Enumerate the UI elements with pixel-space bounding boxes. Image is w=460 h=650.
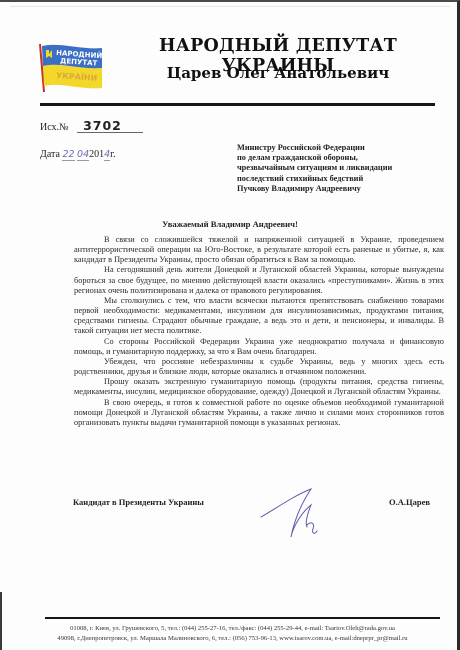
body-paragraph: В свою очередь, я готов к совместной раб… bbox=[74, 398, 444, 428]
reference-number: 3702 bbox=[77, 119, 143, 133]
body-paragraph: В связи со сложившейся тяжелой и напряже… bbox=[74, 235, 444, 265]
salutation: Уважаемый Владимир Андреевич! bbox=[60, 219, 400, 229]
date-label: Дата bbox=[40, 149, 60, 160]
scan-edge-left bbox=[0, 592, 2, 650]
reference-label: Исх.№ bbox=[40, 122, 69, 133]
letter-page: НАРОДНИЙ ДЕПУТАТ УКРАЇНИ НАРОДНЫЙ ДЕПУТА… bbox=[0, 0, 460, 650]
footer-line-kyiv: 01008, г. Киев, ул. Грушевского, 5, тел.… bbox=[20, 624, 445, 634]
letterhead-name: Царев Олег Анатольевич bbox=[118, 64, 438, 82]
date-suffix: г. bbox=[110, 149, 115, 160]
handwritten-signature-icon bbox=[255, 487, 335, 547]
addressee-line: по делам гражданской обороны, bbox=[237, 153, 437, 163]
body-paragraph: Убежден, что россияне небезразличны к су… bbox=[74, 357, 444, 377]
date-year-prefix: 201 bbox=[89, 149, 104, 160]
footer-divider bbox=[45, 617, 440, 619]
letter-body: В связи со сложившейся тяжелой и напряже… bbox=[74, 235, 444, 428]
body-paragraph: Мы столкнулись с тем, что власти всяческ… bbox=[74, 296, 444, 337]
header-divider bbox=[40, 103, 435, 106]
signer-name: О.А.Царев bbox=[389, 497, 430, 507]
addressee-line: чрезвычайным ситуациям и ликвидации bbox=[237, 163, 437, 173]
addressee-line: последствий стихийных бедствий bbox=[237, 174, 437, 184]
ukrainian-flag-deputy-badge-icon: НАРОДНИЙ ДЕПУТАТ УКРАЇНИ bbox=[36, 42, 106, 94]
scan-edge bbox=[10, 6, 450, 7]
body-paragraph: Со стороны Российской Федерации Украина … bbox=[74, 337, 444, 357]
reference-number-field: Исх.№ 3702 bbox=[40, 119, 143, 133]
footer-contacts: 01008, г. Киев, ул. Грушевского, 5, тел.… bbox=[20, 624, 445, 644]
footer-line-dnipro: 49098, г.Днепропетровск, ул. Маршала Мал… bbox=[20, 634, 445, 644]
addressee-block: Министру Российской Федерации по делам г… bbox=[237, 143, 437, 194]
body-paragraph: На сегодняшний день жители Донецкой и Лу… bbox=[74, 265, 444, 295]
addressee-line: Министру Российской Федерации bbox=[237, 143, 437, 153]
body-paragraph: Прошу оказать экстренную гуманитарную по… bbox=[74, 377, 444, 397]
addressee-line: Пучкову Владимиру Андреевичу bbox=[237, 184, 437, 194]
date-day: 22 bbox=[62, 149, 74, 161]
date-field: Дата 22 042014г. bbox=[40, 149, 116, 160]
date-month: 04 bbox=[77, 149, 89, 161]
signer-role: Кандидат в Президенты Украины bbox=[73, 497, 204, 507]
